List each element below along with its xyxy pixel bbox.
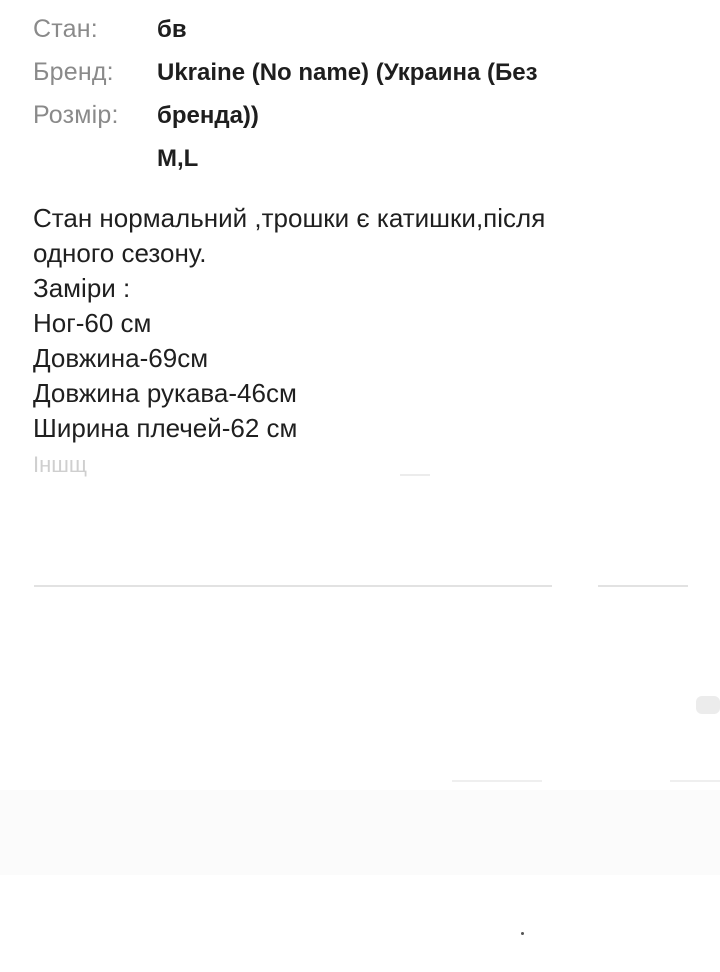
size-value: M,L (33, 137, 693, 180)
description-line: Довжина рукава-46см (33, 376, 693, 411)
dot (521, 932, 524, 935)
faded-text: Іншщ (33, 452, 87, 478)
description-line: одного сезону. (33, 236, 693, 271)
attribute-value[interactable]: Ukraine (No name) (Украина (Без (157, 51, 693, 94)
divider (34, 585, 552, 587)
divider (452, 780, 542, 782)
attribute-size: Розмір: бренда)) (33, 94, 693, 137)
attribute-label: Розмір: (33, 94, 157, 137)
description-line: Ног-60 см (33, 306, 693, 341)
attribute-brand: Бренд: Ukraine (No name) (Украина (Без (33, 51, 693, 94)
description-line: Стан нормальний ,трошки є катишки,після (33, 201, 693, 236)
faded-blob (696, 696, 720, 714)
attribute-condition: Стан: бв (33, 8, 693, 51)
description-line: Довжина-69см (33, 341, 693, 376)
attribute-value: бренда)) (157, 94, 693, 137)
attribute-label: Стан: (33, 8, 157, 51)
description-line: Ширина плечей-62 см (33, 411, 693, 446)
description-line: Заміри : (33, 271, 693, 306)
divider (598, 585, 688, 587)
divider (400, 474, 430, 476)
divider (670, 780, 720, 782)
item-description: Стан нормальний ,трошки є катишки,після … (33, 201, 693, 446)
faded-area (0, 790, 720, 875)
attribute-label: Бренд: (33, 51, 157, 94)
attribute-value: бв (157, 8, 693, 51)
item-attributes: Стан: бв Бренд: Ukraine (No name) (Украи… (33, 8, 693, 180)
